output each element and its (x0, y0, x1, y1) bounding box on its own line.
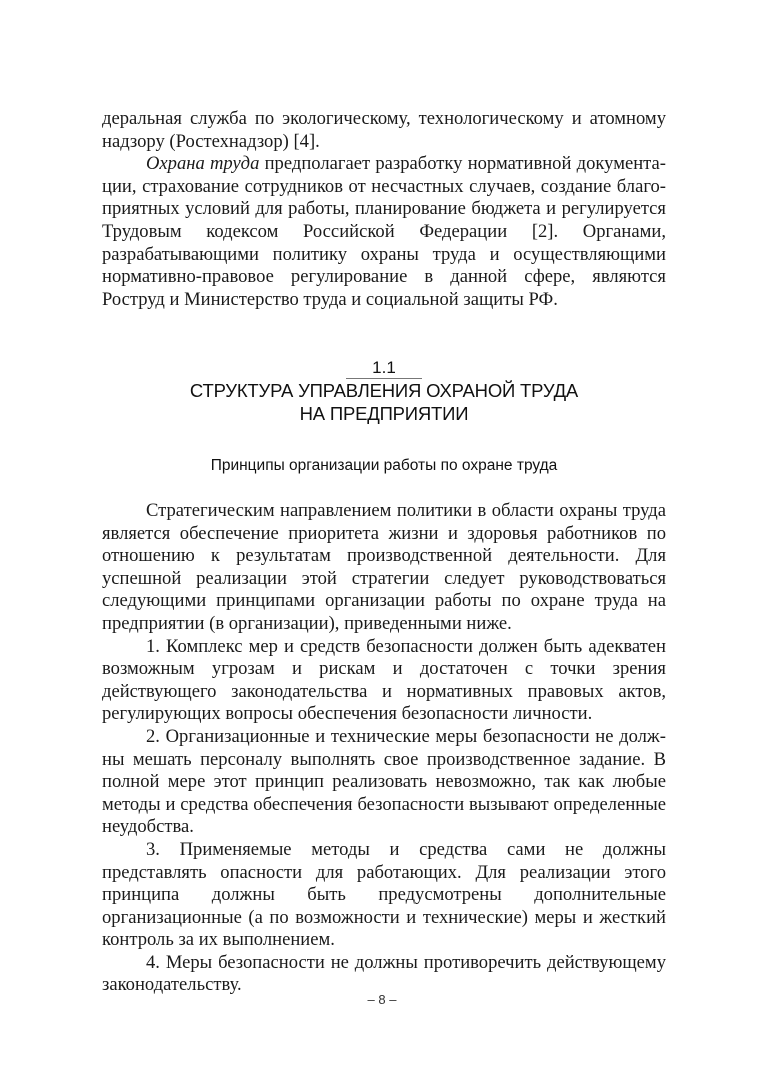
subsection-heading: Принципы организации работы по охране тр… (102, 457, 666, 475)
principle-3: 3. Применяемые методы и средства сами не… (102, 839, 666, 952)
page-number: – 8 – (0, 992, 764, 1007)
section-number: 1.1 (346, 358, 422, 379)
section-title-line2: НА ПРЕДПРИЯТИИ (102, 403, 666, 425)
section-body: Стратегическим направлением политики в о… (102, 500, 666, 997)
paragraph-strategy: Стратегическим направлением политики в о… (102, 500, 666, 636)
paragraph-continuation: деральная служба по экологическому, техн… (102, 108, 666, 153)
section-title-line1: СТРУКТУРА УПРАВЛЕНИЯ ОХРАНОЙ ТРУДА (102, 380, 666, 402)
intro-text: деральная служба по экологическому, техн… (102, 108, 666, 311)
section-heading: 1.1 СТРУКТУРА УПРАВЛЕНИЯ ОХРАНОЙ ТРУДА Н… (102, 358, 666, 425)
principle-1: 1. Комплекс мер и средств безопасности д… (102, 636, 666, 726)
principle-4: 4. Меры безопасности не должны противоре… (102, 952, 666, 997)
paragraph-labor-protection: Охрана труда предполагает разработку нор… (102, 153, 666, 311)
principle-2: 2. Организационные и технические меры бе… (102, 726, 666, 839)
paragraph-text: предполагает разработку нормативной доку… (102, 153, 666, 310)
term-labor-protection: Охрана труда (146, 153, 259, 174)
